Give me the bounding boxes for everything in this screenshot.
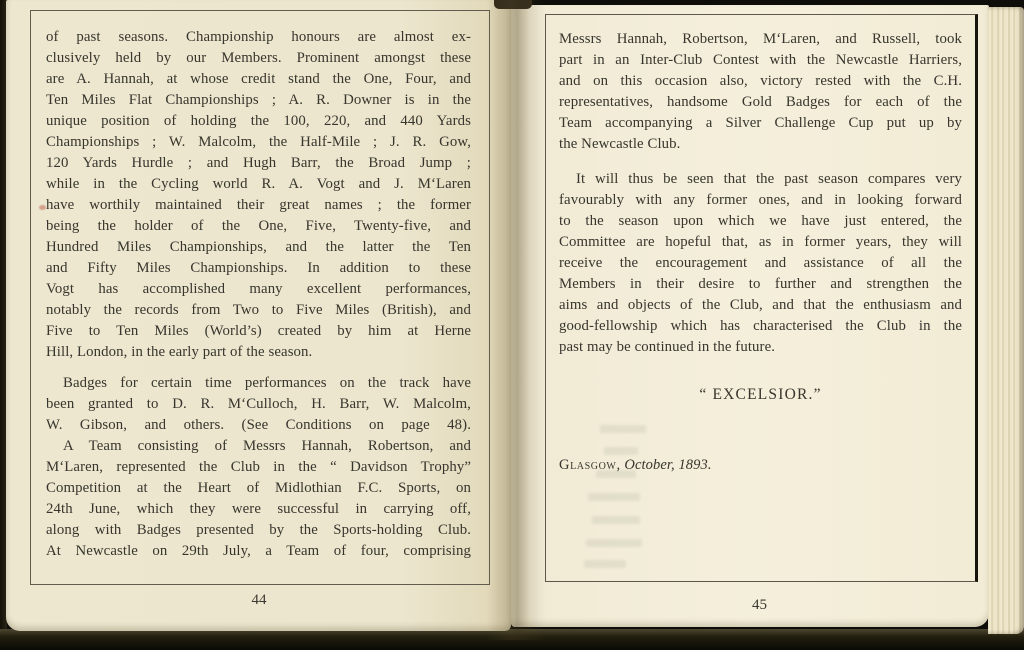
paragraph: It will thus be seen that the past seaso…: [559, 169, 962, 358]
text-line: Hundred Miles Championships, and the lat…: [46, 237, 471, 258]
text-line: favourably with any former ones, and in …: [559, 190, 962, 211]
text-line: notably the records from Two to Five Mil…: [46, 300, 471, 321]
dateline: Glasgow, October, 1893.: [559, 455, 962, 476]
text-line: Vogt has accomplished many excellent per…: [46, 279, 471, 300]
text-line: and Fifty Miles Championships. In additi…: [46, 258, 471, 279]
text-line: part in an Inter-Club Contest with the N…: [559, 50, 962, 71]
spine-notch: [494, 0, 532, 9]
text-line: receive the encouragement and assistance…: [559, 253, 962, 274]
left-page-frame: of past seasons. Championship honours ar…: [30, 10, 490, 585]
book-bottom-edge: [0, 629, 1024, 650]
text-line: 24th June, which they were successful in…: [46, 499, 471, 520]
paragraph: A Team consisting of Messrs Hannah, Robe…: [46, 436, 471, 562]
text-line: It will thus be seen that the past seaso…: [559, 169, 962, 190]
text-line: clusively held by our Members. Prominent…: [46, 48, 471, 69]
text-line: At Newcastle on 29th July, a Team of fou…: [46, 541, 471, 562]
text-line: past may be continued in the future.: [559, 337, 962, 358]
motto-excelsior: “ EXCELSIOR.”: [559, 384, 962, 405]
text-line: Hill, London, in the early part of the s…: [46, 342, 471, 363]
text-line: have worthily maintained their great nam…: [46, 195, 471, 216]
paragraph: of past seasons. Championship honours ar…: [46, 27, 471, 363]
text-line: representatives, handsome Gold Badges fo…: [559, 92, 962, 113]
text-line: the Newcastle Club.: [559, 134, 962, 155]
text-line: Team accompanying a Silver Challenge Cup…: [559, 113, 962, 134]
left-page-number: 44: [30, 592, 488, 609]
text-line: while in the Cycling world R. A. Vogt an…: [46, 174, 471, 195]
text-line: Members in their desire to further and s…: [559, 274, 962, 295]
text-line: A Team consisting of Messrs Hannah, Robe…: [46, 436, 471, 457]
dateline-date: October, 1893.: [621, 457, 712, 473]
text-line: and on this occasion also, victory reste…: [559, 71, 962, 92]
text-line: been granted to D. R. M‘Culloch, H. Barr…: [46, 394, 471, 415]
text-line: Ten Miles Flat Championships ; A. R. Dow…: [46, 90, 471, 111]
text-line: Five to Ten Miles (World’s) created by h…: [46, 321, 471, 342]
paragraph: Badges for certain time performances on …: [46, 373, 471, 436]
text-line: W. Gibson, and others. (See Conditions o…: [46, 415, 471, 436]
text-line: Competition at the Heart of Midlothian F…: [46, 478, 471, 499]
text-line: Badges for certain time performances on …: [46, 373, 471, 394]
text-line: aims and objects of the Club, and that t…: [559, 295, 962, 316]
text-line: good-fellowship which has characterised …: [559, 316, 962, 337]
left-page-text: of past seasons. Championship honours ar…: [46, 27, 471, 562]
text-line: being the holder of the One, Five, Twent…: [46, 216, 471, 237]
right-page-text: Messrs Hannah, Robertson, M‘Laren, and R…: [559, 29, 962, 476]
text-line: Championships ; W. Malcolm, the Half-Mil…: [46, 132, 471, 153]
text-line: of past seasons. Championship honours ar…: [46, 27, 471, 48]
page-edges-stack: [988, 7, 1024, 634]
right-page-frame: Messrs Hannah, Robertson, M‘Laren, and R…: [545, 14, 978, 582]
text-line: to the season upon which we have just en…: [559, 211, 962, 232]
paragraph: Messrs Hannah, Robertson, M‘Laren, and R…: [559, 29, 962, 155]
text-line: Messrs Hannah, Robertson, M‘Laren, and R…: [559, 29, 962, 50]
text-line: Committee are hopeful that, as in former…: [559, 232, 962, 253]
text-line: M‘Laren, represented the Club in the “ D…: [46, 457, 471, 478]
text-line: are A. Hannah, at whose credit stand the…: [46, 69, 471, 90]
text-line: 120 Yards Hurdle ; and Hugh Barr, the Br…: [46, 153, 471, 174]
text-line: along with Badges presented by the Sport…: [46, 520, 471, 541]
right-page-number: 45: [545, 597, 974, 614]
dateline-place: Glasgow,: [559, 457, 621, 473]
text-line: unique position of holding the 100, 220,…: [46, 111, 471, 132]
